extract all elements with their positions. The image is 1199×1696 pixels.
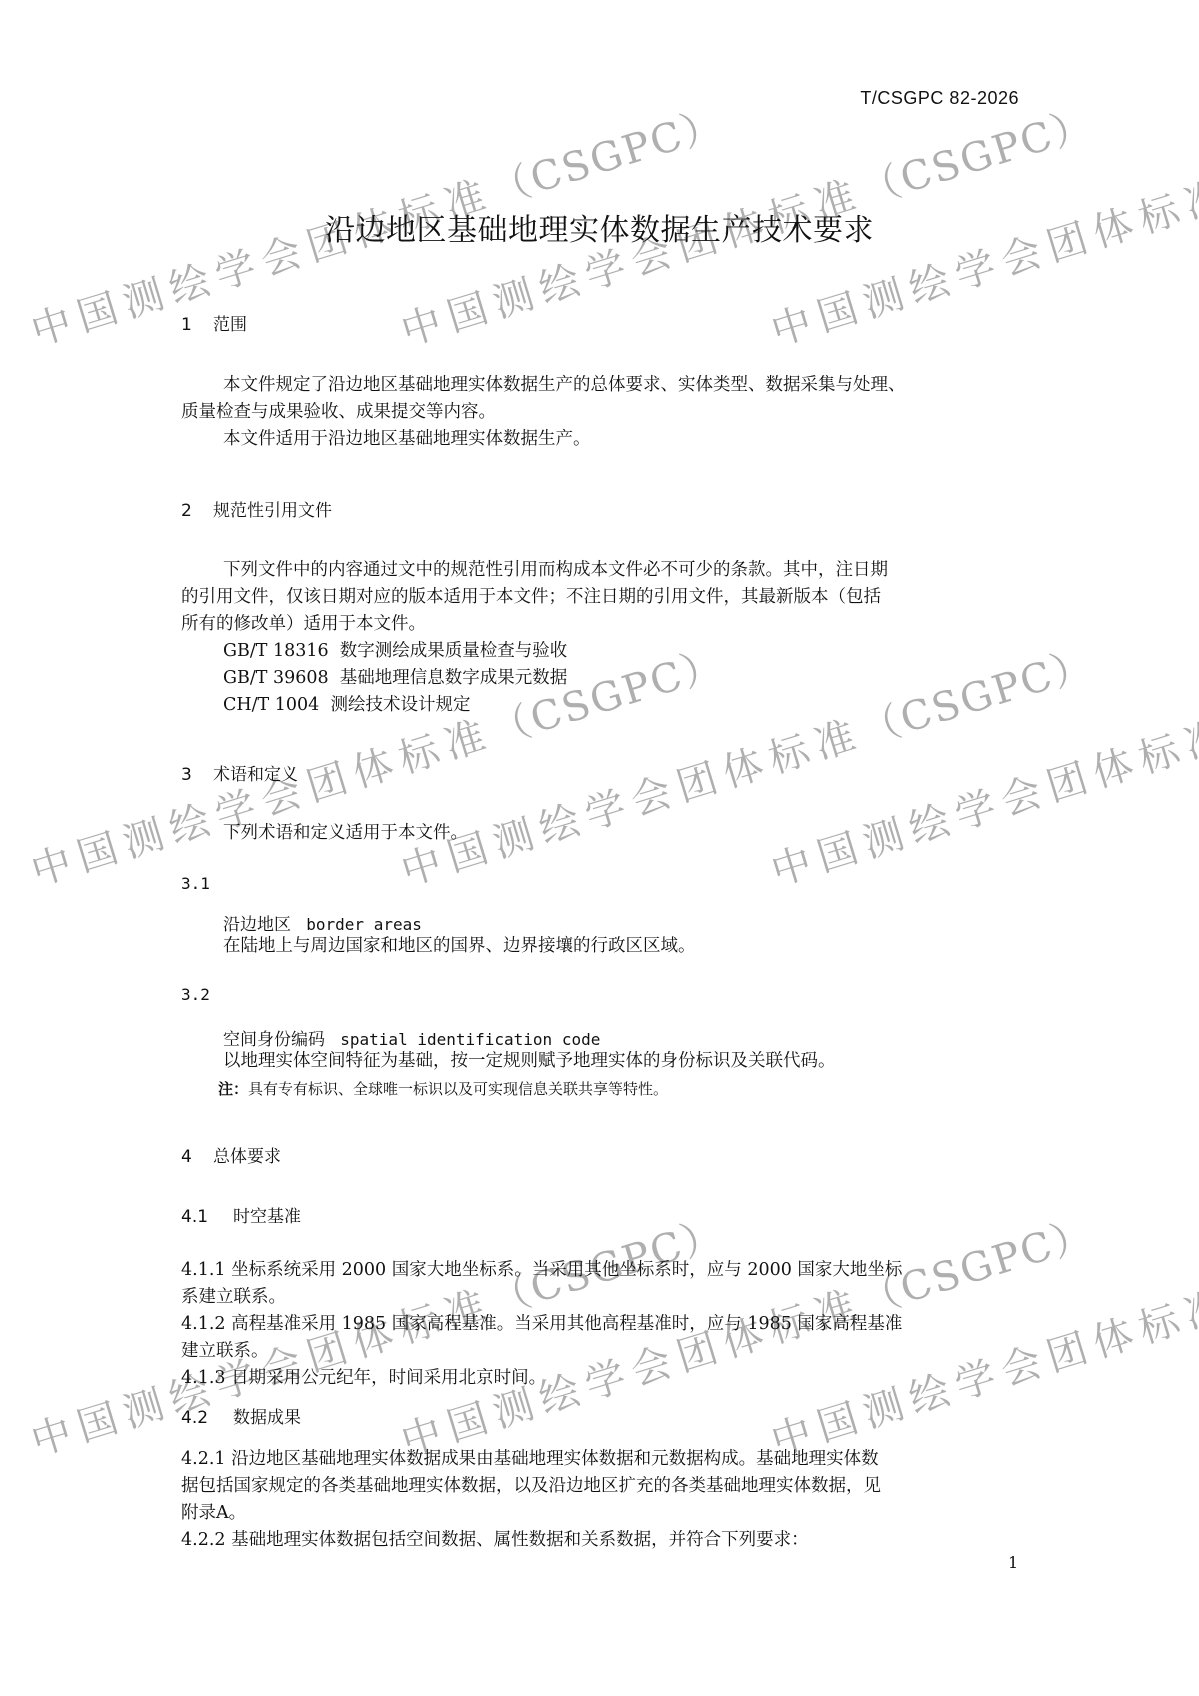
paragraph: 本文件适用于沿边地区基础地理实体数据生产。	[223, 426, 591, 452]
subsection-heading-4-1: 4.1时空基准	[181, 1202, 301, 1227]
clause: 4.1.2 高程基准采用 1985 国家高程基准。当采用其他高程基准时，应与 1…	[181, 1311, 902, 1337]
term-number: 3.2	[181, 985, 210, 1004]
clause: 附录A。	[181, 1500, 246, 1526]
clause: 4.1.3 日期采用公元纪年，时间采用北京时间。	[181, 1365, 546, 1391]
term-entry: 空间身份编码 spatial identification code	[223, 1025, 600, 1050]
document-page: 中国测绘学会团体标准（CSGPC） 中国测绘学会团体标准（CSGPC） 中国测绘…	[0, 0, 1199, 1696]
clause: 4.1.1 坐标系统采用 2000 国家大地坐标系。当采用其他坐标系时，应与 2…	[181, 1257, 902, 1283]
term-note: 注：具有专有标识、全球唯一标识以及可实现信息关联共享等特性。	[218, 1078, 668, 1099]
subsection-heading-4-2: 4.2数据成果	[181, 1403, 301, 1428]
reference-item: CH/T 1004 测绘技术设计规定	[223, 692, 470, 718]
clause: 4.2.2 基础地理实体数据包括空间数据、属性数据和关系数据，并符合下列要求：	[181, 1527, 809, 1553]
term-definition: 以地理实体空间特征为基础，按一定规则赋予地理实体的身份标识及关联代码。	[223, 1048, 836, 1074]
reference-item: GB/T 39608 基础地理信息数字成果元数据	[223, 665, 567, 691]
paragraph: 下列文件中的内容通过文中的规范性引用而构成本文件必不可少的条款。其中，注日期	[223, 557, 888, 583]
document-title: 沿边地区基础地理实体数据生产技术要求	[0, 205, 1199, 249]
paragraph: 的引用文件，仅该日期对应的版本适用于本文件；不注日期的引用文件，其最新版本（包括	[181, 584, 881, 610]
clause: 据包括国家规定的各类基础地理实体数据，以及沿边地区扩充的各类基础地理实体数据，见	[181, 1473, 881, 1499]
watermark: 中国测绘学会团体标准（CSGPC）	[763, 632, 1199, 897]
section-heading-1: 1范围	[181, 310, 247, 335]
paragraph: 本文件规定了沿边地区基础地理实体数据生产的总体要求、实体类型、数据采集与处理、	[223, 372, 906, 398]
paragraph: 所有的修改单）适用于本文件。	[181, 611, 426, 637]
page-number: 1	[1008, 1553, 1018, 1572]
term-entry: 沿边地区 border areas	[223, 910, 422, 935]
clause: 4.2.1 沿边地区基础地理实体数据成果由基础地理实体数据和元数据构成。基础地理…	[181, 1446, 879, 1472]
reference-item: GB/T 18316 数字测绘成果质量检查与验收	[223, 638, 567, 664]
term-number: 3.1	[181, 874, 210, 893]
paragraph: 下列术语和定义适用于本文件。	[223, 820, 468, 846]
clause: 建立联系。	[181, 1338, 269, 1364]
section-heading-4: 4总体要求	[181, 1142, 281, 1167]
paragraph: 质量检查与成果验收、成果提交等内容。	[181, 399, 496, 425]
term-definition: 在陆地上与周边国家和地区的国界、边界接壤的行政区区域。	[223, 933, 696, 959]
section-heading-3: 3术语和定义	[181, 760, 298, 785]
section-heading-2: 2规范性引用文件	[181, 496, 332, 521]
clause: 系建立联系。	[181, 1284, 286, 1310]
document-code: T/CSGPC 82-2026	[860, 88, 1019, 109]
